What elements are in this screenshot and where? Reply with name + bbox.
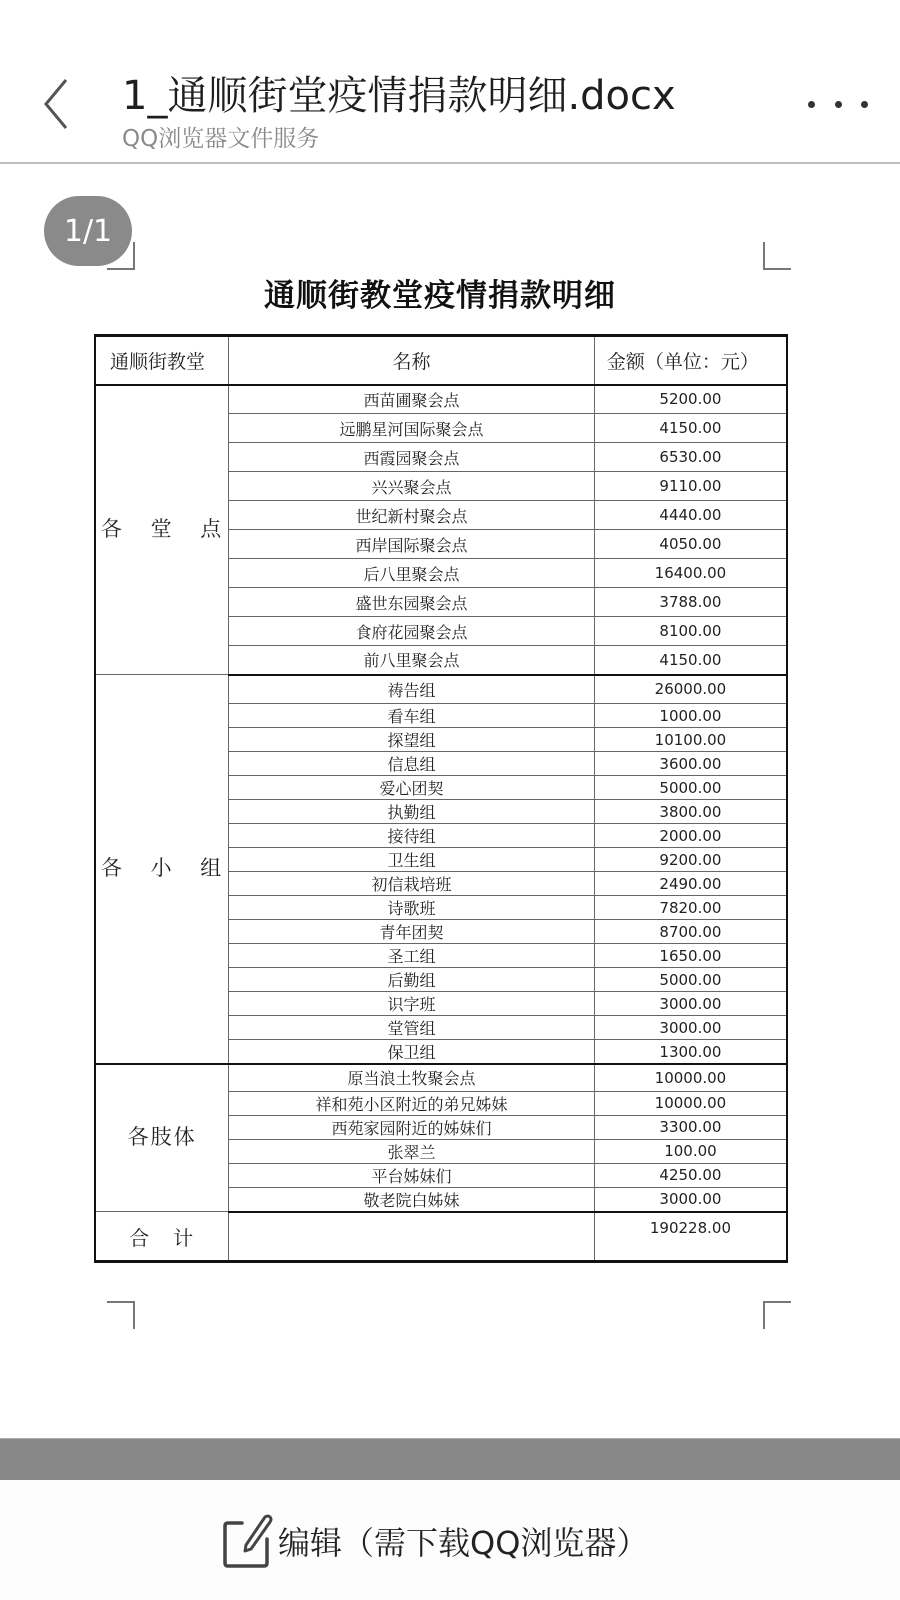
donation-amount: 7820.00	[594, 896, 787, 920]
donor-name: 爱心团契	[229, 776, 595, 800]
donor-name: 探望组	[229, 728, 595, 752]
page-corner-mark-bottom-right	[763, 1301, 791, 1329]
page-corner-mark-bottom-left	[107, 1301, 135, 1329]
donation-amount: 5000.00	[594, 776, 787, 800]
donor-name: 西霞园聚会点	[229, 443, 595, 472]
page-indicator-badge: 1/1	[44, 196, 132, 266]
ellipsis-icon-dot	[835, 101, 842, 108]
donation-amount: 3300.00	[594, 1115, 787, 1139]
table-row: 各肢体 原当浪土牧聚会点 10000.00	[95, 1064, 787, 1091]
table-row: 各 小 组 祷告组 26000.00	[95, 675, 787, 704]
donation-amount: 4250.00	[594, 1163, 787, 1187]
file-title: 1_通顺街堂疫情捐款明细.docx	[122, 64, 676, 121]
donation-table: 通顺街教堂 名称 金额（单位：元） 各 堂 点 西苗圃聚会点 5200.00 远…	[94, 334, 788, 1263]
donor-name: 西岸国际聚会点	[229, 530, 595, 559]
donor-name: 执勤组	[229, 800, 595, 824]
page-separator-bar	[0, 1438, 900, 1480]
donation-amount: 8100.00	[594, 617, 787, 646]
donation-amount: 3788.00	[594, 588, 787, 617]
donor-name: 接待组	[229, 824, 595, 848]
ellipsis-icon-dot	[808, 101, 815, 108]
donor-name: 诗歌班	[229, 896, 595, 920]
donor-name: 祥和苑小区附近的弟兄姊妹	[229, 1091, 595, 1115]
total-name	[229, 1212, 595, 1262]
donation-amount: 3000.00	[594, 1187, 787, 1212]
donor-name: 原当浪土牧聚会点	[229, 1064, 595, 1091]
donor-name: 前八里聚会点	[229, 646, 595, 675]
donation-amount: 4050.00	[594, 530, 787, 559]
total-row: 合 计 190228.00	[95, 1212, 787, 1262]
donor-name: 食府花园聚会点	[229, 617, 595, 646]
donation-amount: 4150.00	[594, 646, 787, 675]
group-label: 各 堂 点	[95, 385, 229, 675]
donation-amount: 10000.00	[594, 1064, 787, 1091]
donation-amount: 9110.00	[594, 472, 787, 501]
donation-amount: 26000.00	[594, 675, 787, 704]
donation-amount: 3000.00	[594, 1016, 787, 1040]
donation-amount: 3000.00	[594, 992, 787, 1016]
donor-name: 兴兴聚会点	[229, 472, 595, 501]
ellipsis-icon-dot	[861, 101, 868, 108]
donation-amount: 2490.00	[594, 872, 787, 896]
column-header-church: 通顺街教堂	[95, 336, 229, 385]
file-service-subtitle: QQ浏览器文件服务	[122, 120, 319, 153]
edit-button-label: 编辑（需下载QQ浏览器）	[278, 1518, 648, 1564]
column-header-name: 名称	[229, 336, 595, 385]
donation-amount: 1300.00	[594, 1040, 787, 1065]
donor-name: 看车组	[229, 704, 595, 728]
donation-amount: 10100.00	[594, 728, 787, 752]
donor-name: 平台姊妹们	[229, 1163, 595, 1187]
back-button[interactable]	[36, 74, 76, 134]
donation-amount: 5200.00	[594, 385, 787, 414]
donation-amount: 16400.00	[594, 559, 787, 588]
donor-name: 卫生组	[229, 848, 595, 872]
chevron-left-icon	[36, 74, 76, 134]
donor-name: 远鹏星河国际聚会点	[229, 414, 595, 443]
edit-button[interactable]: 编辑（需下载QQ浏览器）	[222, 1513, 648, 1569]
donation-amount: 1650.00	[594, 944, 787, 968]
donation-amount: 6530.00	[594, 443, 787, 472]
donation-amount: 10000.00	[594, 1091, 787, 1115]
donation-amount: 8700.00	[594, 920, 787, 944]
donation-amount: 1000.00	[594, 704, 787, 728]
donor-name: 后勤组	[229, 968, 595, 992]
donor-name: 保卫组	[229, 1040, 595, 1065]
donor-name: 识字班	[229, 992, 595, 1016]
donation-amount: 3800.00	[594, 800, 787, 824]
donation-amount: 4150.00	[594, 414, 787, 443]
donor-name: 圣工组	[229, 944, 595, 968]
donor-name: 世纪新村聚会点	[229, 501, 595, 530]
donation-amount: 2000.00	[594, 824, 787, 848]
page-corner-mark-top-right	[763, 242, 791, 270]
group-label: 各 小 组	[95, 675, 229, 1065]
donor-name: 后八里聚会点	[229, 559, 595, 588]
document-title: 通顺街教堂疫情捐款明细	[0, 270, 880, 315]
donor-name: 盛世东园聚会点	[229, 588, 595, 617]
donation-amount: 100.00	[594, 1139, 787, 1163]
top-app-bar: 1_通顺街堂疫情捐款明细.docx QQ浏览器文件服务	[0, 0, 900, 164]
donation-amount: 5000.00	[594, 968, 787, 992]
donor-name: 西苗圃聚会点	[229, 385, 595, 414]
donor-name: 青年团契	[229, 920, 595, 944]
donor-name: 西苑家园附近的姊妹们	[229, 1115, 595, 1139]
edit-pencil-icon	[222, 1513, 274, 1569]
more-options-button[interactable]	[808, 96, 868, 112]
donor-name: 张翠兰	[229, 1139, 595, 1163]
donor-name: 信息组	[229, 752, 595, 776]
donation-amount: 9200.00	[594, 848, 787, 872]
total-label: 合 计	[95, 1212, 229, 1262]
table-row: 各 堂 点 西苗圃聚会点 5200.00	[95, 385, 787, 414]
donor-name: 堂管组	[229, 1016, 595, 1040]
total-amount: 190228.00	[594, 1212, 787, 1262]
group-label: 各肢体	[95, 1064, 229, 1212]
table-header-row: 通顺街教堂 名称 金额（单位：元）	[95, 336, 787, 385]
donation-amount: 3600.00	[594, 752, 787, 776]
donor-name: 初信栽培班	[229, 872, 595, 896]
donor-name: 敬老院白姊妹	[229, 1187, 595, 1212]
donor-name: 祷告组	[229, 675, 595, 704]
column-header-amount: 金额（单位：元）	[594, 336, 787, 385]
donation-amount: 4440.00	[594, 501, 787, 530]
